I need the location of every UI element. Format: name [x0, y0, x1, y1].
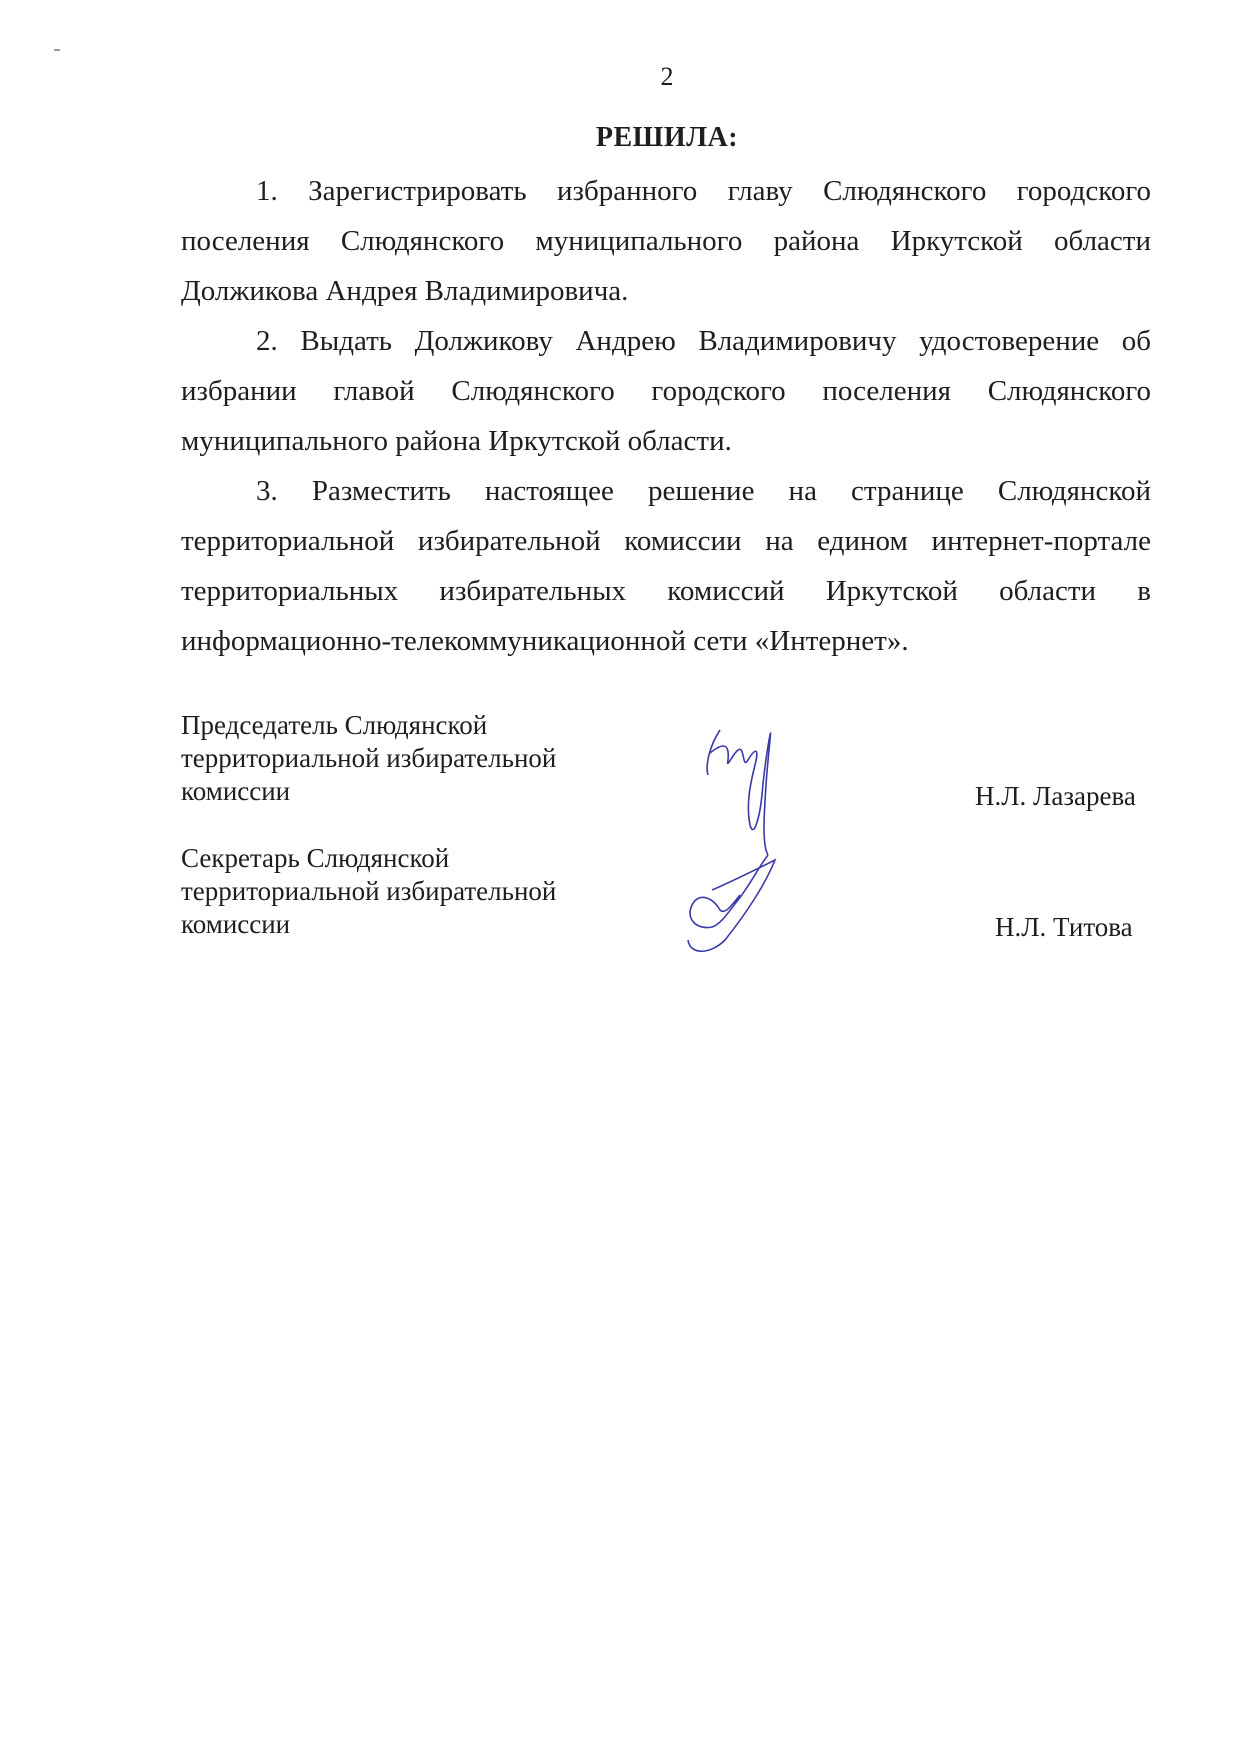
- decision-item-3: 3. Разместить настоящее решение на стран…: [181, 466, 1151, 666]
- decision-item-2-text: 2. Выдать Должикову Андрею Владимировичу…: [181, 325, 1151, 457]
- chairman-title-line: территориальной избирательной: [181, 742, 556, 775]
- decision-item-3-text: 3. Разместить настоящее решение на стран…: [181, 475, 1151, 657]
- decision-heading: РЕШИЛА:: [0, 122, 1240, 154]
- handwritten-signature-icon: [650, 715, 850, 965]
- chairman-name: Н.Л. Лазарева: [975, 781, 1136, 812]
- chairman-title: Председатель Слюдянской территориальной …: [181, 709, 556, 808]
- secretary-title-line: комиссии: [181, 908, 556, 941]
- decision-item-2: 2. Выдать Должикову Андрею Владимировичу…: [181, 316, 1151, 466]
- secretary-title-line: территориальной избирательной: [181, 875, 556, 908]
- secretary-title: Секретарь Слюдянской территориальной изб…: [181, 842, 556, 941]
- decision-item-1-text: 1. Зарегистрировать избранного главу Слю…: [181, 175, 1151, 307]
- decision-item-1: 1. Зарегистрировать избранного главу Слю…: [181, 166, 1151, 316]
- chairman-title-line: Председатель Слюдянской: [181, 709, 556, 742]
- secretary-name: Н.Л. Титова: [995, 912, 1133, 943]
- secretary-title-line: Секретарь Слюдянской: [181, 842, 556, 875]
- scan-artifact: [54, 49, 60, 51]
- page-number: 2: [0, 62, 1240, 92]
- chairman-title-line: комиссии: [181, 775, 556, 808]
